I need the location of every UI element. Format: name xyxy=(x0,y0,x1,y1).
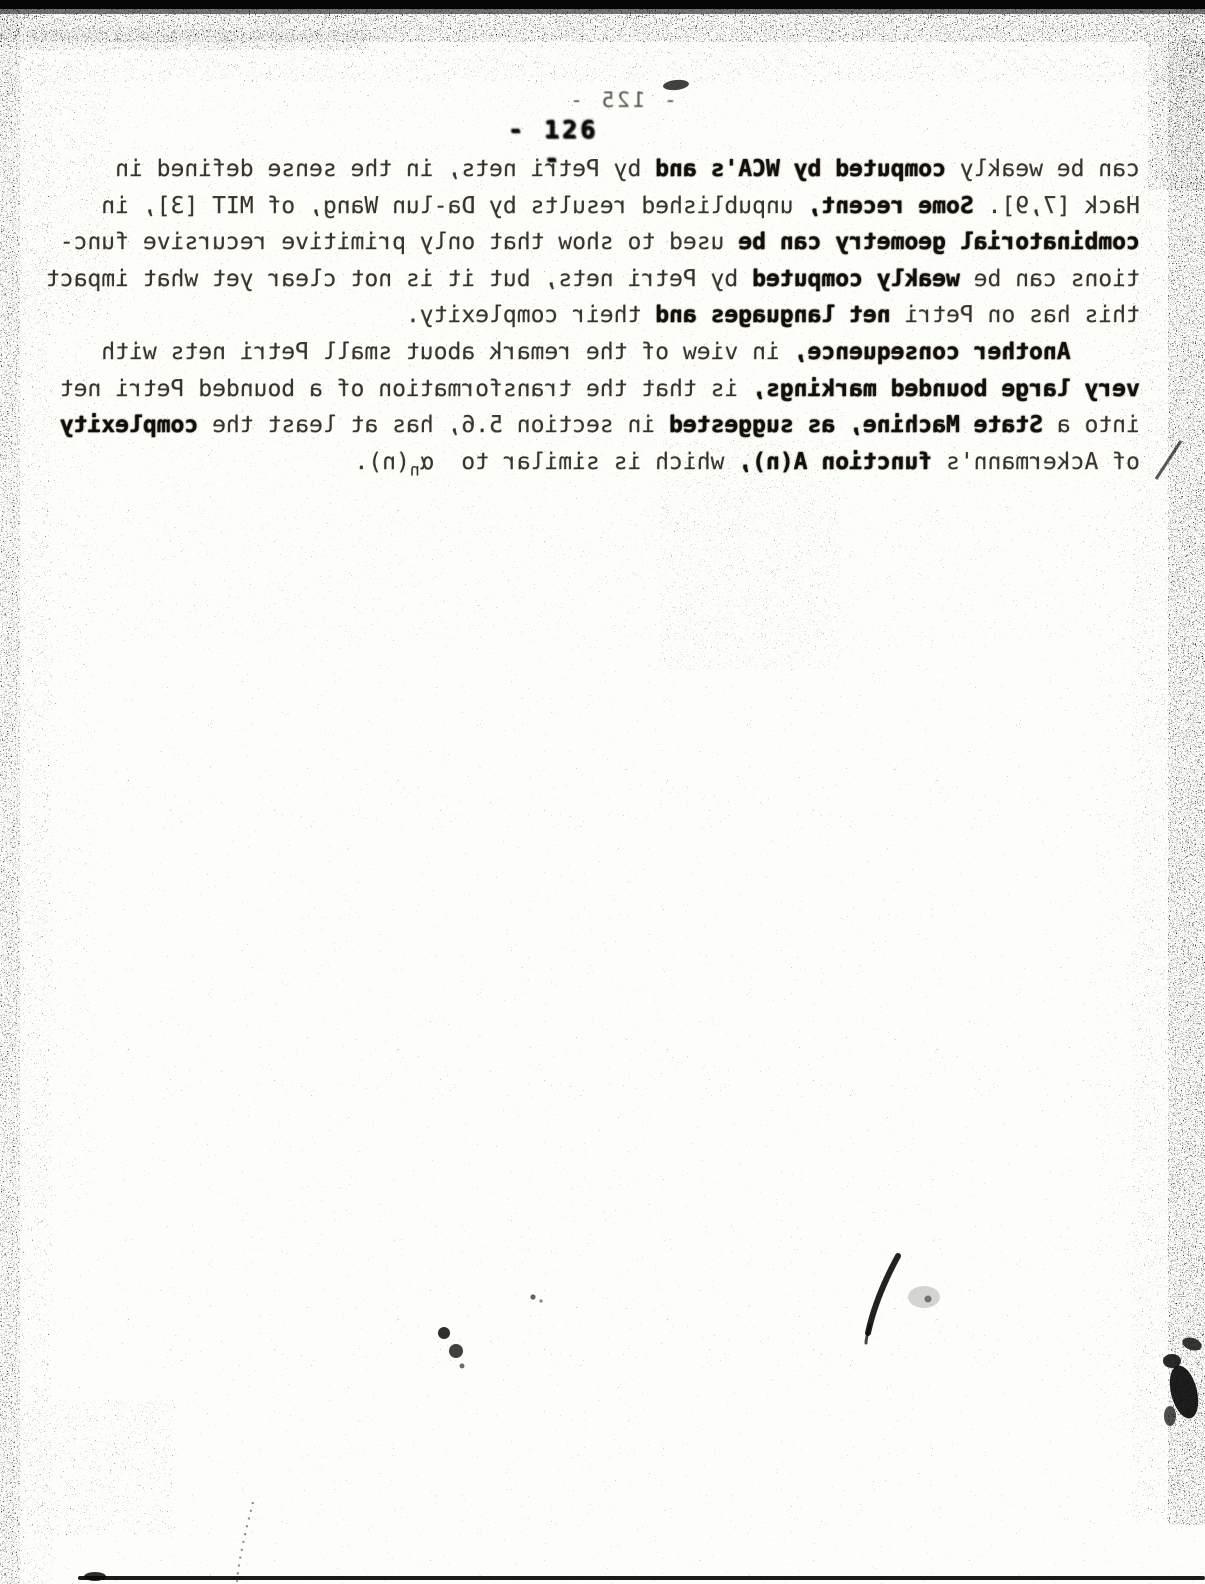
bleedthrough-text-line: of Ackermann's function A(n), which is s… xyxy=(62,444,1140,489)
scan-border-top-fade xyxy=(0,9,1205,14)
noise-top-right-blotch xyxy=(1148,40,1205,190)
bleedthrough-text-line: this has on Petri net languages and thei… xyxy=(62,297,1140,334)
right-ink-blob-tail xyxy=(1164,1406,1176,1426)
scan-border-bottom-line xyxy=(78,1576,1205,1580)
bleedthrough-text-line: into a State Machine, as suggested in se… xyxy=(62,407,1140,444)
bleedthrough-text-line: tions can be weakly computed by Petri ne… xyxy=(62,261,1140,298)
pen-smudge-dot xyxy=(925,1296,932,1303)
right-ink-blob xyxy=(1165,1363,1203,1422)
pen-smudge xyxy=(908,1286,940,1308)
bleedthrough-text: can be weakly computed by WCA's and by P… xyxy=(62,151,1140,489)
noise-bottom-left-corner xyxy=(0,1400,175,1535)
ink-blot-c xyxy=(460,1364,465,1369)
dotted-crease xyxy=(237,1502,253,1582)
pen-stroke-tail xyxy=(866,1325,870,1343)
speck-b xyxy=(539,1299,542,1302)
bleedthrough-text-line: Another consequence, in view of the rema… xyxy=(62,334,1140,371)
bleedthrough-text-line: combinatorial geometry can be used to sh… xyxy=(62,224,1140,261)
scanned-document-page: - 125 - - 126 - can be weakly computed b… xyxy=(0,0,1205,1584)
bleedthrough-text-line: can be weakly computed by WCA's and by P… xyxy=(62,151,1140,188)
right-ink-blob-3 xyxy=(1181,1335,1204,1353)
scan-border-top xyxy=(0,0,1205,9)
bleedthrough-text-line: very large bounded markings, is that the… xyxy=(62,371,1140,408)
bleedthrough-text-line: Hack [7,9]. Some recent, unpublished res… xyxy=(62,188,1140,225)
noise-left-med xyxy=(0,0,52,1584)
noise-right-heavy xyxy=(1168,0,1205,1525)
noise-left-heavy xyxy=(0,0,20,1584)
right-ink-blob-2 xyxy=(1163,1354,1181,1368)
noise-top-left-streak xyxy=(0,30,370,50)
pen-stroke xyxy=(868,1256,898,1333)
ink-blot-b xyxy=(449,1344,463,1358)
scratch-right-edge xyxy=(1156,441,1181,479)
speck-a xyxy=(530,1294,535,1299)
noise-top-med xyxy=(0,10,1205,82)
ink-blot-a xyxy=(438,1327,450,1339)
scan-border-bottom-blob xyxy=(84,1572,106,1581)
noise-right-med xyxy=(1132,0,1205,1525)
bleedthrough-page-number: - 125 - xyxy=(562,88,682,112)
